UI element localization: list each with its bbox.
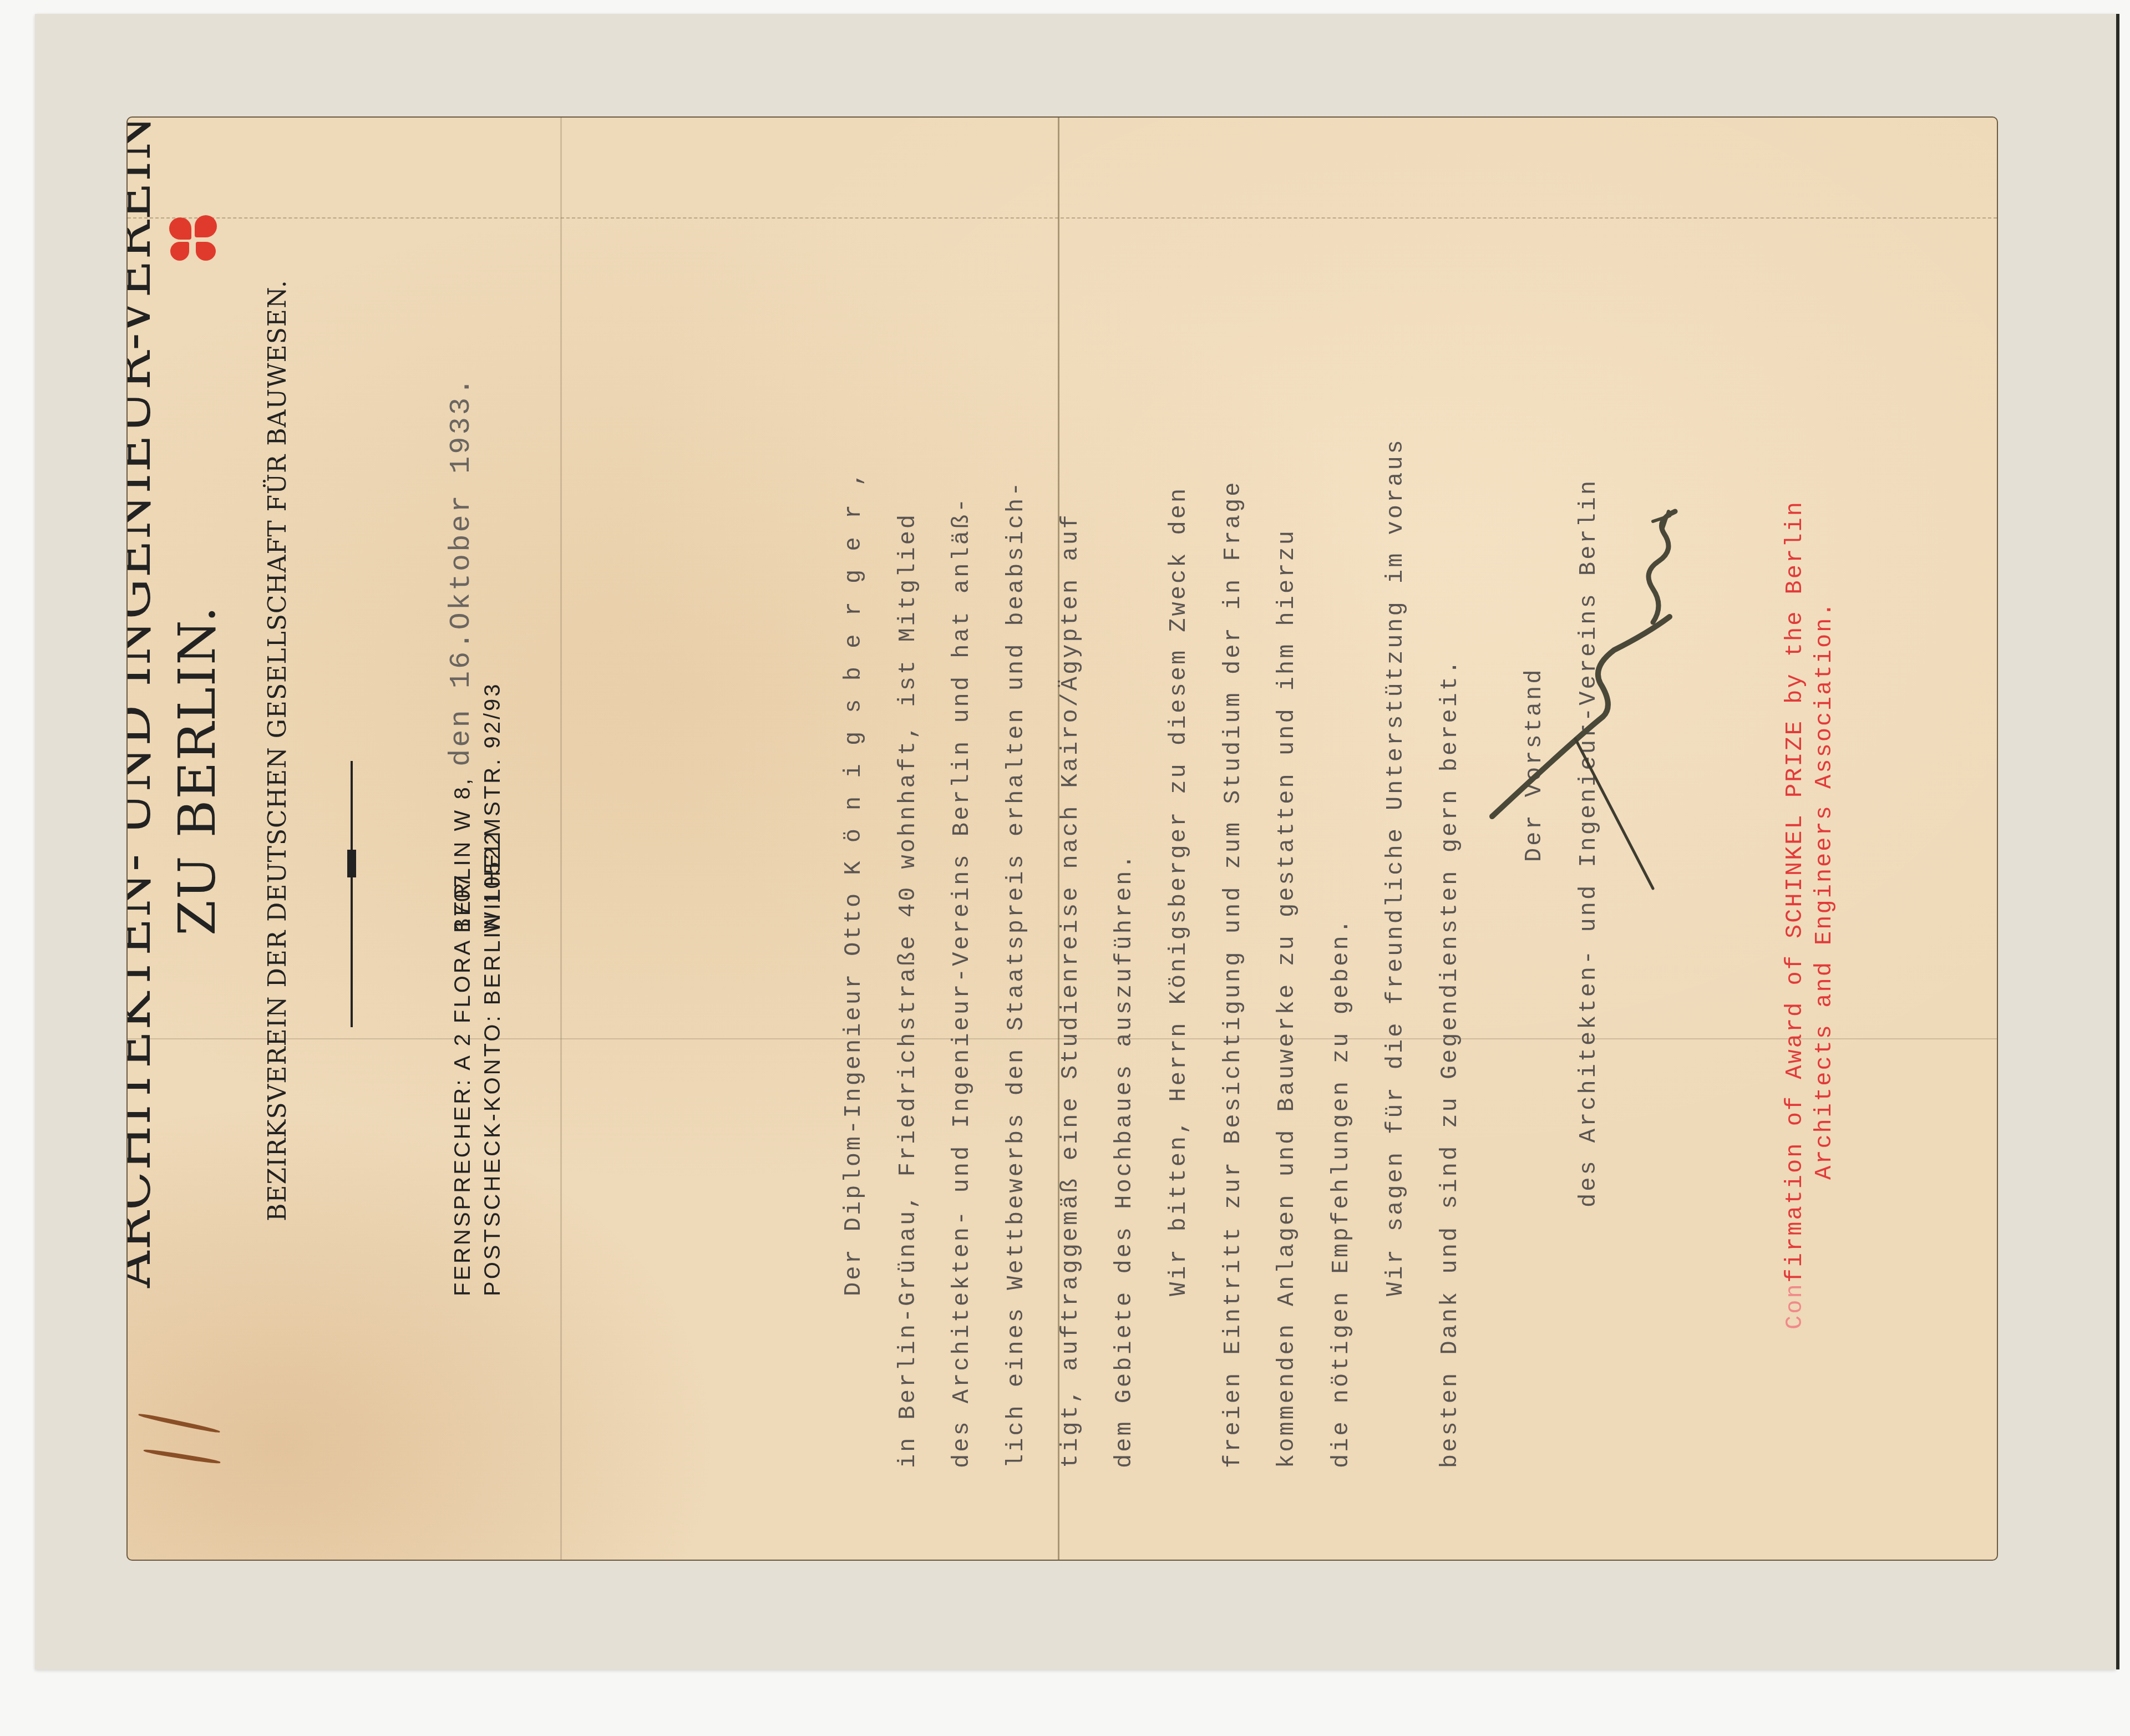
- body-line: kommenden Anlagen und Bauwerke zu gestat…: [1274, 529, 1300, 1468]
- letterhead-address-line2: WILHELMSTR. 92/93: [480, 682, 505, 933]
- body-line: des Architekten- und Ingenieur-Vereins B…: [949, 496, 975, 1468]
- body-line: tigt, auftraggemäß eine Studienreise nac…: [1057, 512, 1084, 1468]
- pen-stroke-mark: [138, 1412, 220, 1434]
- red-annotation-faint-prefix: Con: [1782, 1282, 1808, 1329]
- red-annotation-line1: Confirmation of Award of SCHINKEL PRIZE …: [1782, 500, 1808, 1329]
- body-line: Wir sagen für die freundliche Unterstütz…: [1382, 438, 1409, 1296]
- red-annotation-line1-rest: firmation of Award of SCHINKEL PRIZE by …: [1782, 500, 1808, 1282]
- letterhead-title-line2: ZU BERLIN.: [168, 605, 227, 936]
- fold-line-left: [560, 118, 562, 1560]
- body-line: Wir bitten, Herrn Königsberger zu diesem…: [1165, 486, 1192, 1296]
- letterhead-address-line1: BERLIN W 8,: [450, 776, 475, 933]
- letterhead-rule: [351, 761, 353, 1027]
- red-annotation-line2: Architects and Engineers Association.: [1811, 601, 1838, 1180]
- body-line: in Berlin-Grünau, Friedrichstraße 40 woh…: [895, 512, 921, 1468]
- letterhead-subtitle: BEZIRKSVEREIN DER DEUTSCHEN GESELLSCHAFT…: [263, 280, 292, 1221]
- body-line: freien Eintritt zur Besichtigung und zum…: [1220, 480, 1246, 1468]
- red-quatrefoil-logo-icon: [169, 217, 218, 263]
- letterhead-phone: FERNSPRECHER: A 2 FLORA 1707: [450, 873, 475, 1296]
- fold-line-top: [128, 217, 1997, 219]
- date-line: den 16.Oktober 1933.: [445, 376, 478, 767]
- body-line: besten Dank und sind zu Gegendiensten ge…: [1437, 658, 1463, 1468]
- letter-sheet: ARCHITEKTEN- UND INGENIEUR-VEREIN ZU BER…: [126, 116, 1998, 1561]
- body-line: die nötigen Empfehlungen zu geben.: [1328, 917, 1355, 1468]
- letterhead-rule-mark: [347, 850, 356, 877]
- pen-stroke-mark: [143, 1448, 221, 1465]
- body-line: dem Gebiete des Hochbaues auszuführen.: [1111, 852, 1138, 1468]
- handwritten-signature-icon: [1487, 506, 1697, 894]
- letterhead-title-line1: ARCHITEKTEN- UND INGENIEUR-VEREIN: [126, 116, 162, 1288]
- body-line: lich eines Wettbewerbs den Staatspreis e…: [1003, 480, 1029, 1468]
- body-line: Der Diplom-Ingenieur Otto K ö n i g s b …: [840, 470, 867, 1296]
